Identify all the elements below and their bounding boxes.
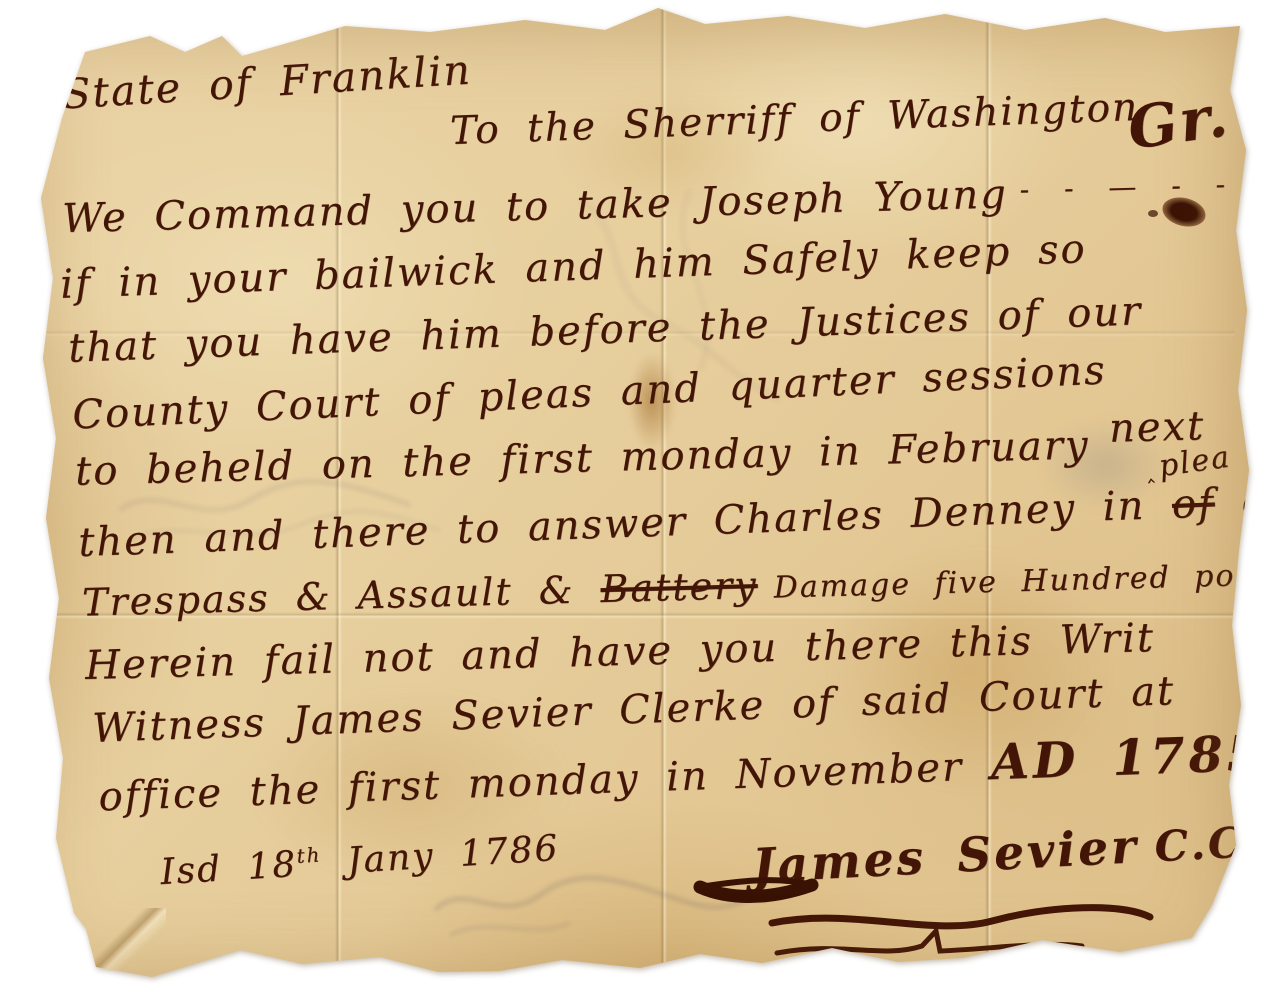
struck-word-battery: Battery xyxy=(600,563,758,611)
issued-month-year: Jany 1786 xyxy=(346,828,561,882)
charge-text: Trespass & Assault & xyxy=(82,567,601,625)
issued-date-line: Isd 18th Jany 1786 xyxy=(159,828,560,893)
folded-corner xyxy=(74,908,166,982)
issued-abbrev: Isd xyxy=(159,848,223,893)
struck-word: of xyxy=(1171,480,1215,527)
issued-day: 18 xyxy=(246,844,298,888)
issued-ordinal: th xyxy=(296,843,322,867)
year-ad-1785: AD 1785 xyxy=(990,724,1265,792)
answer-tail: of xyxy=(1241,478,1265,525)
trailing-dashes: - ‐ — ‐ - — ‐ - — xyxy=(1019,162,1265,206)
salutation-line: To the Sherriff of Washington xyxy=(449,85,1139,154)
scan-background: State of Franklin To the Sherriff of Was… xyxy=(0,0,1265,1005)
command-text: We Command you to take Joseph Young xyxy=(62,171,1009,242)
paper-sheet: State of Franklin To the Sherriff of Was… xyxy=(0,0,1265,1005)
office-text: office the first monday in November xyxy=(98,744,964,820)
document-paper: State of Franklin To the Sherriff of Was… xyxy=(0,0,1265,1005)
monday-text: to beheld on the first monday in Februar… xyxy=(75,422,1090,495)
greeting-flourish: Gr. xyxy=(1124,81,1233,162)
damage-clause: Damage five Hundred pound — xyxy=(773,555,1265,605)
body-line-answer: then and there to answer Charles Denney … xyxy=(78,478,1265,566)
signature: James SevierC.C. xyxy=(751,813,1263,895)
signature-title: C.C. xyxy=(1153,817,1262,872)
stray-ink-mark: w xyxy=(1232,632,1258,661)
answer-text: then and there to answer Charles Denney … xyxy=(78,483,1146,566)
signature-name: James Sevier xyxy=(751,819,1140,894)
place-line: State of Franklin xyxy=(61,46,473,119)
